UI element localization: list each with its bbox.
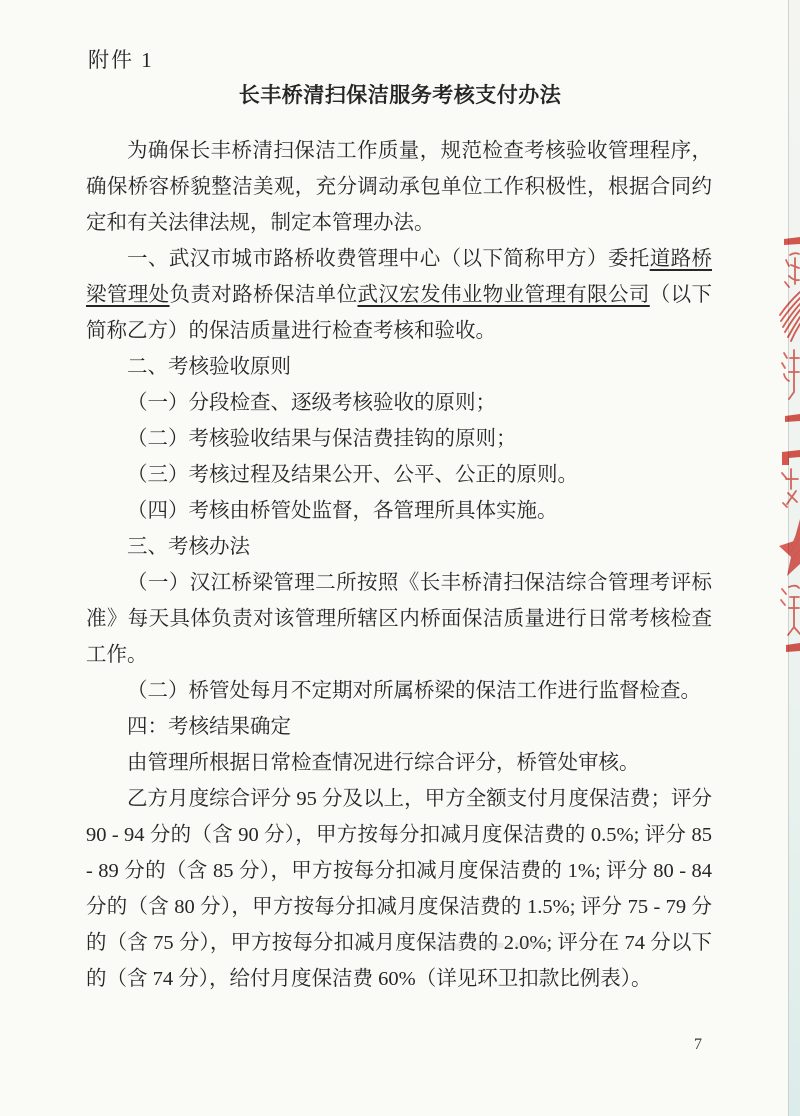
paragraph: 由管理所根据日常检查情况进行综合评分，桥管处审核。 <box>86 745 712 781</box>
page-title: 长丰桥清扫保洁服务考核支付办法 <box>0 79 800 109</box>
text-run: 三、考核办法 <box>127 536 250 558</box>
attachment-label: 附件 1 <box>88 44 154 74</box>
text-run: 二、考核验收原则 <box>127 356 291 378</box>
text-run: 四：考核结果确定 <box>127 716 291 738</box>
page-number: 7 <box>694 1036 702 1054</box>
red-seal-fragment-upper-icon <box>777 232 800 430</box>
paragraph: 乙方月度综合评分 95 分及以上，甲方全额支付月度保洁费；评分 90 - 94 … <box>86 781 712 997</box>
document-body: 为确保长丰桥清扫保洁工作质量，规范检查考核验收管理程序，确保桥容桥貌整洁美观，充… <box>86 133 712 997</box>
text-run: 负责对路桥保洁单位 <box>170 284 358 306</box>
text-run: 一、武汉市城市路桥收费管理中心（以下简称甲方）委托 <box>127 248 650 270</box>
red-seal-fragment-lower-icon <box>777 449 800 664</box>
scanned-document-page: 附件 1 长丰桥清扫保洁服务考核支付办法 为确保长丰桥清扫保洁工作质量，规范检查… <box>0 0 800 1116</box>
paragraph: 四：考核结果确定 <box>86 709 712 745</box>
paragraph: （二）考核验收结果与保洁费挂钩的原则； <box>86 421 712 457</box>
text-run: （四）考核由桥管处监督，各管理所具体实施。 <box>127 500 558 522</box>
paragraph: （三）考核过程及结果公开、公平、公正的原则。 <box>86 457 712 493</box>
text-run: 乙方月度综合评分 95 分及以上，甲方全额支付月度保洁费；评分 90 - 94 … <box>86 788 712 990</box>
paragraph: 三、考核办法 <box>86 529 712 565</box>
text-run: （一）分段检查、逐级考核验收的原则； <box>127 392 496 414</box>
paragraph: （一）分段检查、逐级考核验收的原则； <box>86 385 712 421</box>
text-run: （二）桥管处每月不定期对所属桥梁的保洁工作进行监督检查。 <box>127 680 701 702</box>
text-run: （二）考核验收结果与保洁费挂钩的原则； <box>127 428 517 450</box>
paragraph: （一）汉江桥梁管理二所按照《长丰桥清扫保洁综合管理考评标准》每天具体负责对该管理… <box>86 565 712 673</box>
paragraph: 为确保长丰桥清扫保洁工作质量，规范检查考核验收管理程序，确保桥容桥貌整洁美观，充… <box>86 133 712 241</box>
paragraph: 一、武汉市城市路桥收费管理中心（以下简称甲方）委托道路桥梁管理处负责对路桥保洁单… <box>86 241 712 349</box>
paragraph: （四）考核由桥管处监督，各管理所具体实施。 <box>86 493 712 529</box>
text-run: （一）汉江桥梁管理二所按照《长丰桥清扫保洁综合管理考评标准》每天具体负责对该管理… <box>86 572 712 666</box>
text-run: （三）考核过程及结果公开、公平、公正的原则。 <box>127 464 578 486</box>
text-run: 为确保长丰桥清扫保洁工作质量，规范检查考核验收管理程序，确保桥容桥貌整洁美观，充… <box>86 140 712 234</box>
underlined-text: 武汉宏发伟业物业管理有限公司 <box>357 284 649 306</box>
paragraph: 二、考核验收原则 <box>86 349 712 385</box>
text-run: 由管理所根据日常检查情况进行综合评分，桥管处审核。 <box>127 752 640 774</box>
paragraph: （二）桥管处每月不定期对所属桥梁的保洁工作进行监督检查。 <box>86 673 712 709</box>
